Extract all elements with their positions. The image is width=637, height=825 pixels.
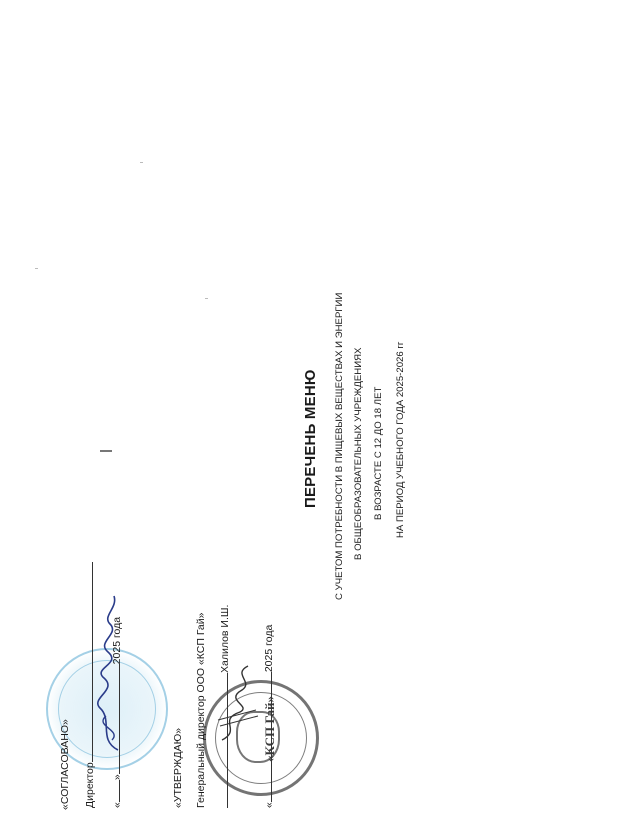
approved-position: Генеральный директор ООО «КСП Гай» xyxy=(195,613,207,808)
page-title: ПЕРЕЧЕНЬ МЕНЮ xyxy=(302,369,319,508)
scan-mark xyxy=(140,162,143,163)
signature-line xyxy=(218,673,228,808)
subtitle-line-2: В ОБЩЕОБРАЗОВАТЕЛЬНЫХ УЧРЕЖДЕНИЯХ xyxy=(353,348,364,560)
approved-name: Халилов И.Ш. xyxy=(219,605,231,673)
agreed-heading: «СОГЛАСОВАНО» xyxy=(59,719,71,810)
agreed-date-row: «»2025 года xyxy=(110,617,123,808)
date-line xyxy=(262,672,272,802)
signature-line xyxy=(83,562,93,762)
agreed-position-row: Директор xyxy=(83,562,96,808)
approved-date-row: «2025 года xyxy=(262,625,275,808)
approved-heading: «УТВЕРЖДАЮ» xyxy=(172,728,184,808)
day-line xyxy=(110,780,120,802)
agreed-position-label: Директор xyxy=(84,762,96,808)
month-line xyxy=(110,664,120,774)
scan-mark xyxy=(100,450,112,452)
agreed-year: 2025 года xyxy=(111,617,123,664)
scan-mark xyxy=(35,268,38,269)
subtitle-line-3: В ВОЗРАСТЕ С 12 ДО 18 ЛЕТ xyxy=(373,387,384,520)
scan-mark xyxy=(205,298,208,299)
subtitle-line-4: НА ПЕРИОД УЧЕБНОГО ГОДА 2025-2026 гг xyxy=(395,342,406,538)
subtitle-line-1: С УЧЕТОМ ПОТРЕБНОСТИ В ПИЩЕВЫХ ВЕЩЕСТВАХ… xyxy=(334,293,345,600)
approved-year: 2025 года xyxy=(263,625,275,672)
approved-name-row: Халилов И.Ш. xyxy=(218,605,231,808)
